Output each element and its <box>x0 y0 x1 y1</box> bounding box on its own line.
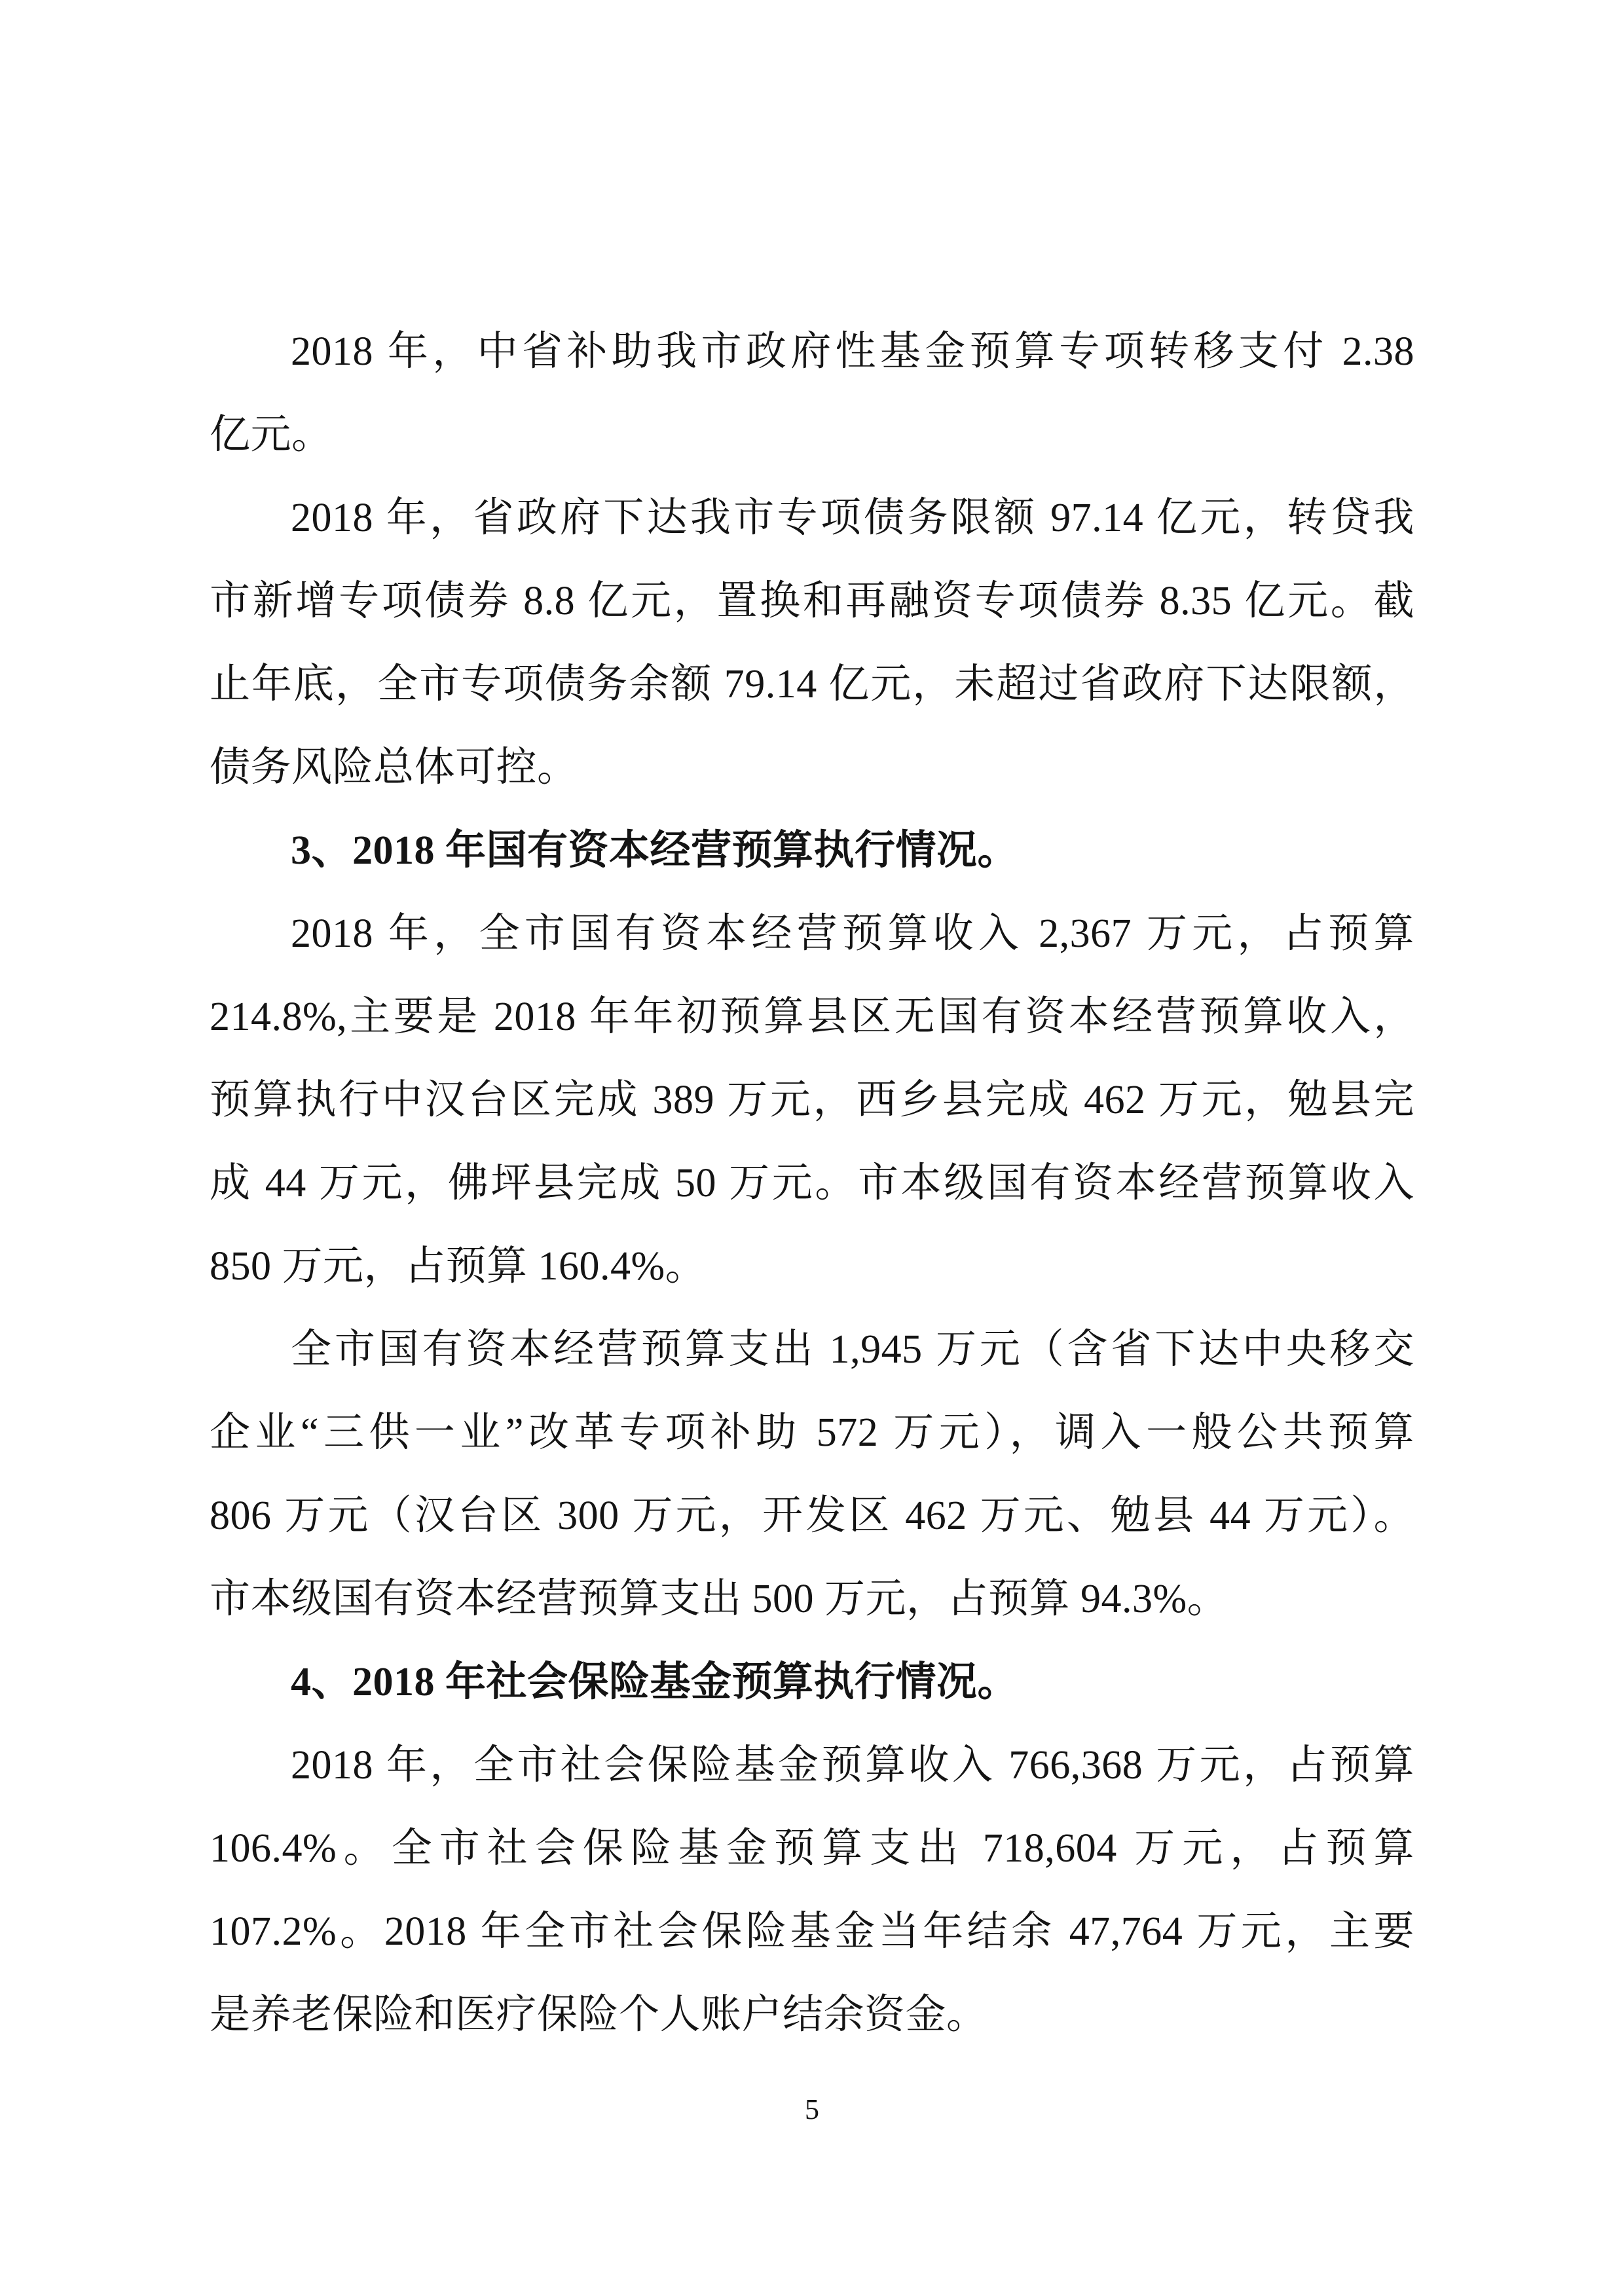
paragraph-line: 预算执行中汉台区完成 389 万元，西乡县完成 462 万元，勉县完 <box>210 1059 1414 1142</box>
paragraph-line: 214.8%,主要是 2018 年年初预算县区无国有资本经营预算收入， <box>210 976 1414 1059</box>
page-number: 5 <box>805 2093 819 2125</box>
paragraph-line: 企业“三供一业”改革专项补助 572 万元），调入一般公共预算 <box>210 1391 1414 1475</box>
paragraph-line: 成 44 万元，佛坪县完成 50 万元。市本级国有资本经营预算收入 <box>210 1142 1414 1225</box>
paragraph-line: 是养老保险和医疗保险个人账户结余资金。 <box>210 1974 1414 2057</box>
paragraph-line: 2018 年，中省补助我市政府性基金预算专项转移支付 2.38 <box>210 310 1414 394</box>
paragraph-line: 107.2%。2018 年全市社会保险基金当年结余 47,764 万元，主要 <box>210 1890 1414 1974</box>
paragraph-line: 850 万元，占预算 160.4%。 <box>210 1225 1414 1308</box>
document-page: 2018 年，中省补助我市政府性基金预算专项转移支付 2.38 亿元。 2018… <box>0 0 1624 2295</box>
paragraph-line: 止年底，全市专项债务余额 79.14 亿元，未超过省政府下达限额， <box>210 643 1414 726</box>
paragraph-line: 全市国有资本经营预算支出 1,945 万元（含省下达中央移交 <box>210 1308 1414 1391</box>
paragraph-line: 106.4%。全市社会保险基金预算支出 718,604 万元，占预算 <box>210 1807 1414 1890</box>
paragraph-line: 市新增专项债券 8.8 亿元，置换和再融资专项债券 8.35 亿元。截 <box>210 560 1414 643</box>
page-footer: 5 <box>0 2093 1624 2127</box>
section-heading-3: 3、2018 年国有资本经营预算执行情况。 <box>210 809 1414 892</box>
paragraph-line: 2018 年，全市社会保险基金预算收入 766,368 万元，占预算 <box>210 1724 1414 1807</box>
paragraph-line: 市本级国有资本经营预算支出 500 万元，占预算 94.3%。 <box>210 1558 1414 1641</box>
paragraph-line: 2018 年，省政府下达我市专项债务限额 97.14 亿元，转贷我 <box>210 477 1414 560</box>
document-body: 2018 年，中省补助我市政府性基金预算专项转移支付 2.38 亿元。 2018… <box>210 310 1414 2057</box>
section-heading-4: 4、2018 年社会保险基金预算执行情况。 <box>210 1641 1414 1724</box>
paragraph-line: 亿元。 <box>210 394 1414 477</box>
paragraph-line: 806 万元（汉台区 300 万元，开发区 462 万元、勉县 44 万元）。 <box>210 1475 1414 1558</box>
paragraph-line: 债务风险总体可控。 <box>210 726 1414 809</box>
paragraph-line: 2018 年，全市国有资本经营预算收入 2,367 万元，占预算 <box>210 892 1414 976</box>
